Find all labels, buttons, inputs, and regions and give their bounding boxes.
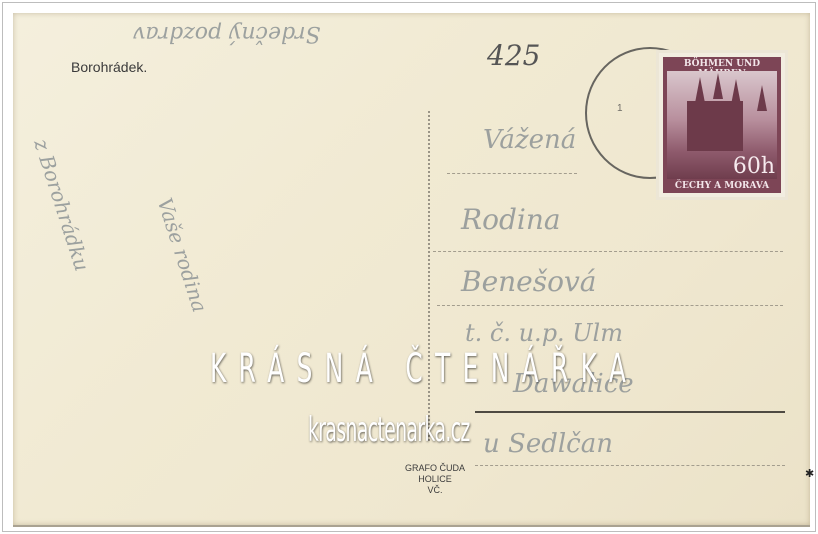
stamp-bottom-text: ČECHY A MORAVA	[663, 181, 781, 191]
address-line	[433, 251, 783, 252]
address-salutation: Vážená	[483, 125, 576, 155]
stamp-value: 60h	[733, 154, 775, 179]
pencil-number: 425	[487, 39, 540, 72]
address-line	[475, 465, 785, 466]
address-line	[437, 305, 783, 306]
address-name: Rodina	[461, 203, 561, 236]
message-line: Vaše rodina	[153, 195, 212, 315]
publisher-imprint: GRAFO ČUDA HOLICE VČ.	[393, 463, 477, 496]
address-region: u Sedlčan	[483, 429, 613, 459]
address-surname: Benešová	[461, 265, 597, 298]
image-frame: Borohrádek. 425 Srdečný pozdrav z Borohr…	[2, 2, 816, 532]
address-line-underlined	[475, 411, 785, 413]
watermark-title: KRÁSNÁ ČTENÁŘKA	[210, 346, 638, 392]
address-street: t. č. u.p. Ulm	[465, 319, 623, 347]
message-line-upside-down: Srdečný pozdrav	[133, 21, 321, 46]
postage-stamp: BÖHMEN UND MÄHREN 60h ČECHY A MORAVA	[659, 53, 785, 197]
address-line	[447, 173, 577, 174]
postmark-text: 1	[617, 103, 625, 114]
watermark-url: krasnactenarka.cz	[308, 410, 470, 450]
ink-blot: ✱	[805, 467, 814, 480]
place-caption: Borohrádek.	[71, 59, 147, 75]
message-line: z Borohrádku	[29, 136, 94, 274]
